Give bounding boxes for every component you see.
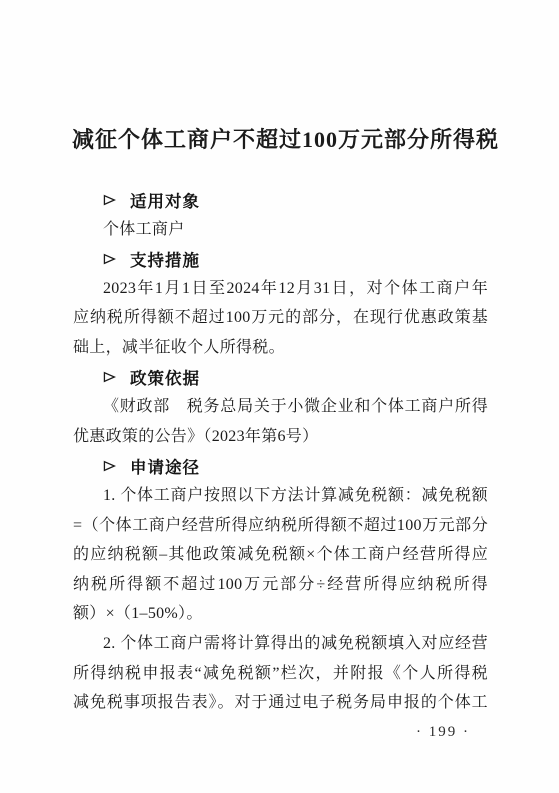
page-number: · 199 · [73,722,488,742]
arrowhead-bullet-icon [103,194,116,206]
content-line: 2023年1月1日至2024年12月31日，对个体工商户年 [73,274,488,304]
page-title: 减征个体工商户不超过100万元部分所得税 [72,123,488,154]
arrowhead-bullet-icon [103,253,116,265]
content-line: 应纳税所得额不超过100万元的部分，在现行优惠政策基 [73,303,488,333]
section-heading: 政策依据 [73,363,488,393]
content-line: 优惠政策的公告》（2023年第6号） [73,422,488,452]
section-heading: 支持措施 [73,244,488,274]
content-line: =（个体工商户经营所得应纳税所得额不超过100万元部分 [73,511,488,541]
section-heading-label: 适用对象 [130,188,200,212]
content-line: 《财政部 税务总局关于小微企业和个体工商户所得税 [73,392,488,422]
document-page: 减征个体工商户不超过100万元部分所得税 适用对象个体工商户支持措施2023年1… [0,0,559,793]
content-line: 础上，减半征收个人所得税。 [73,333,488,363]
section-heading-label: 申请途径 [130,454,200,478]
content-line: 减免税事项报告表》。对于通过电子税务局申报的个体工商 [73,688,488,718]
content-line: 所得纳税申报表“减免税额”栏次，并附报《个人所得税 [73,659,488,689]
content-area: 适用对象个体工商户支持措施2023年1月1日至2024年12月31日，对个体工商… [73,185,488,718]
content-line: 的应纳税额–其他政策减免税额×个体工商户经营所得应 [73,540,488,570]
section-heading-label: 政策依据 [130,365,200,389]
content-line: 2. 个体工商户需将计算得出的减免税额填入对应经营 [73,629,488,659]
content-line: 个体工商户 [73,215,488,245]
content-line: 1. 个体工商户按照以下方法计算减免税额：减免税额 [73,481,488,511]
content-line: 纳税所得额不超过100万元部分÷经营所得应纳税所得 [73,570,488,600]
content-line: 额）×（1–50%）。 [73,599,488,629]
section-heading-label: 支持措施 [130,247,200,271]
arrowhead-bullet-icon [103,371,116,383]
section-heading: 适用对象 [73,185,488,215]
section-heading: 申请途径 [73,451,488,481]
arrowhead-bullet-icon [103,460,116,472]
